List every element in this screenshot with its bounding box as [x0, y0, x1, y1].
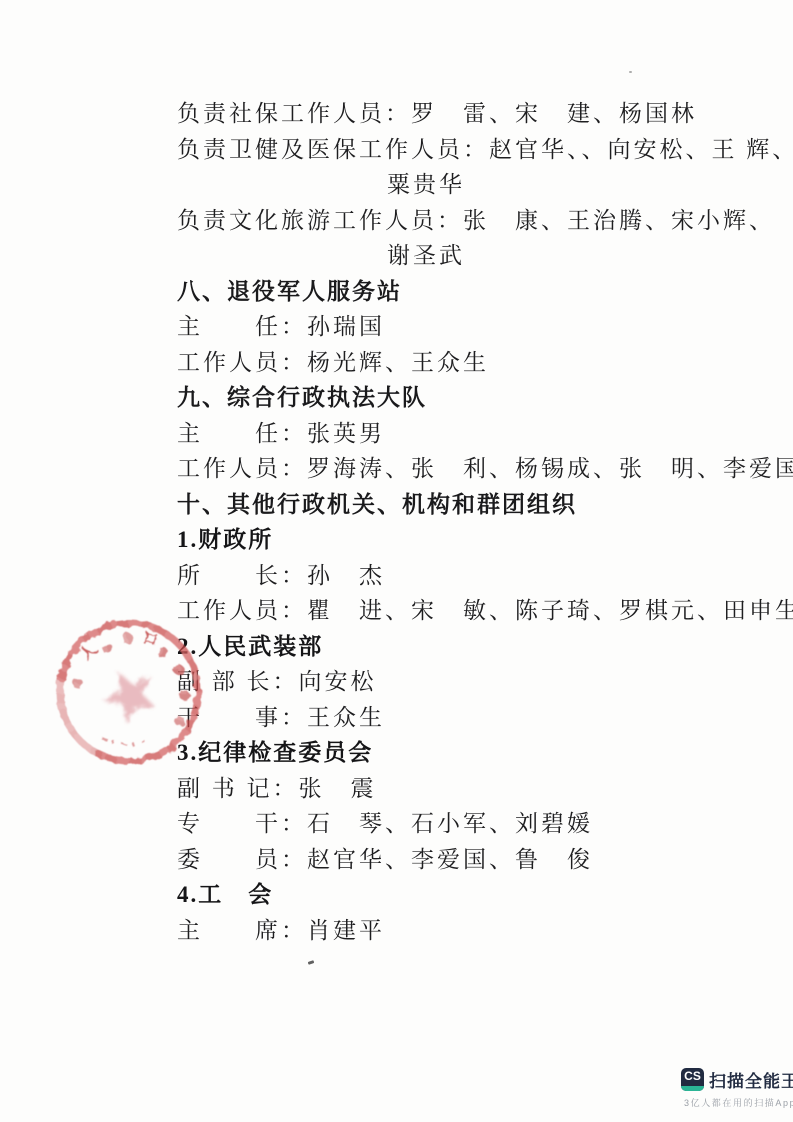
watermark-tagline: 3亿人都在用的扫描App [684, 1096, 785, 1109]
text-line: 粟贵华 [177, 167, 757, 203]
text-line: 谢圣武 [177, 238, 757, 274]
scan-artifact [308, 960, 315, 965]
document-text: 负责社保工作人员：罗 雷、宋 建、杨国林负责卫健及医保工作人员：赵官华、、向安松… [177, 96, 757, 948]
text-line: 主 任：张英男 [177, 416, 757, 452]
seal-char: 口 [141, 630, 159, 649]
camscanner-logo-icon: CS [681, 1068, 704, 1091]
text-line: 十、其他行政机关、机构和群团组织 [177, 487, 757, 523]
seal-star-icon [94, 659, 165, 729]
text-line: 专 干：石 琴、石小军、刘碧媛 [177, 806, 757, 842]
text-line: 1.财政所 [177, 522, 757, 558]
watermark-app-name: 扫描全能王™ [709, 1067, 793, 1092]
text-line: 所 长：孙 杰 [177, 558, 757, 594]
text-line: 工作人员：杨光辉、王众生 [177, 345, 757, 381]
text-line: 副 书 记：张 震 [177, 771, 757, 807]
scan-artifact [629, 71, 632, 73]
scanned-page: 负责社保工作人员：罗 雷、宋 建、杨国林负责卫健及医保工作人员：赵官华、、向安松… [0, 0, 793, 1122]
text-line: 4.工 会 [177, 877, 757, 913]
text-line: 八、退役军人服务站 [177, 274, 757, 310]
logo-accent-strip [681, 1086, 704, 1091]
camscanner-watermark: CS 扫描全能王™ 3亿人都在用的扫描App [681, 1067, 785, 1109]
text-line: 副 部 长：向安松 [177, 664, 757, 700]
app-name-text: 扫描全能王 [709, 1072, 793, 1091]
text-line: 负责社保工作人员：罗 雷、宋 建、杨国林 [177, 96, 757, 132]
seal-char: 人 [77, 641, 101, 665]
text-line: 九、综合行政执法大队 [177, 380, 757, 416]
text-line: 工作人员：瞿 进、宋 敏、陈子琦、罗棋元、田申生 [177, 593, 757, 629]
text-line: 3.纪律检查委员会 [177, 735, 757, 771]
logo-cs-letters: CS [681, 1069, 704, 1083]
text-line: 2.人民武装部 [177, 629, 757, 665]
text-line: 主 席：肖建平 [177, 913, 757, 949]
text-line: 委 员：赵官华、李爱国、鲁 俊 [177, 842, 757, 878]
text-line: 主 任：孙瑞国 [177, 309, 757, 345]
text-line: 负责卫健及医保工作人员：赵官华、、向安松、王 辉、 [177, 132, 757, 168]
text-line: 工作人员：罗海涛、张 利、杨锡成、张 明、李爱国 [177, 451, 757, 487]
text-line: 负责文化旅游工作人员：张 康、王治腾、宋小辉、 [177, 203, 757, 239]
text-line: 干 事：王众生 [177, 700, 757, 736]
